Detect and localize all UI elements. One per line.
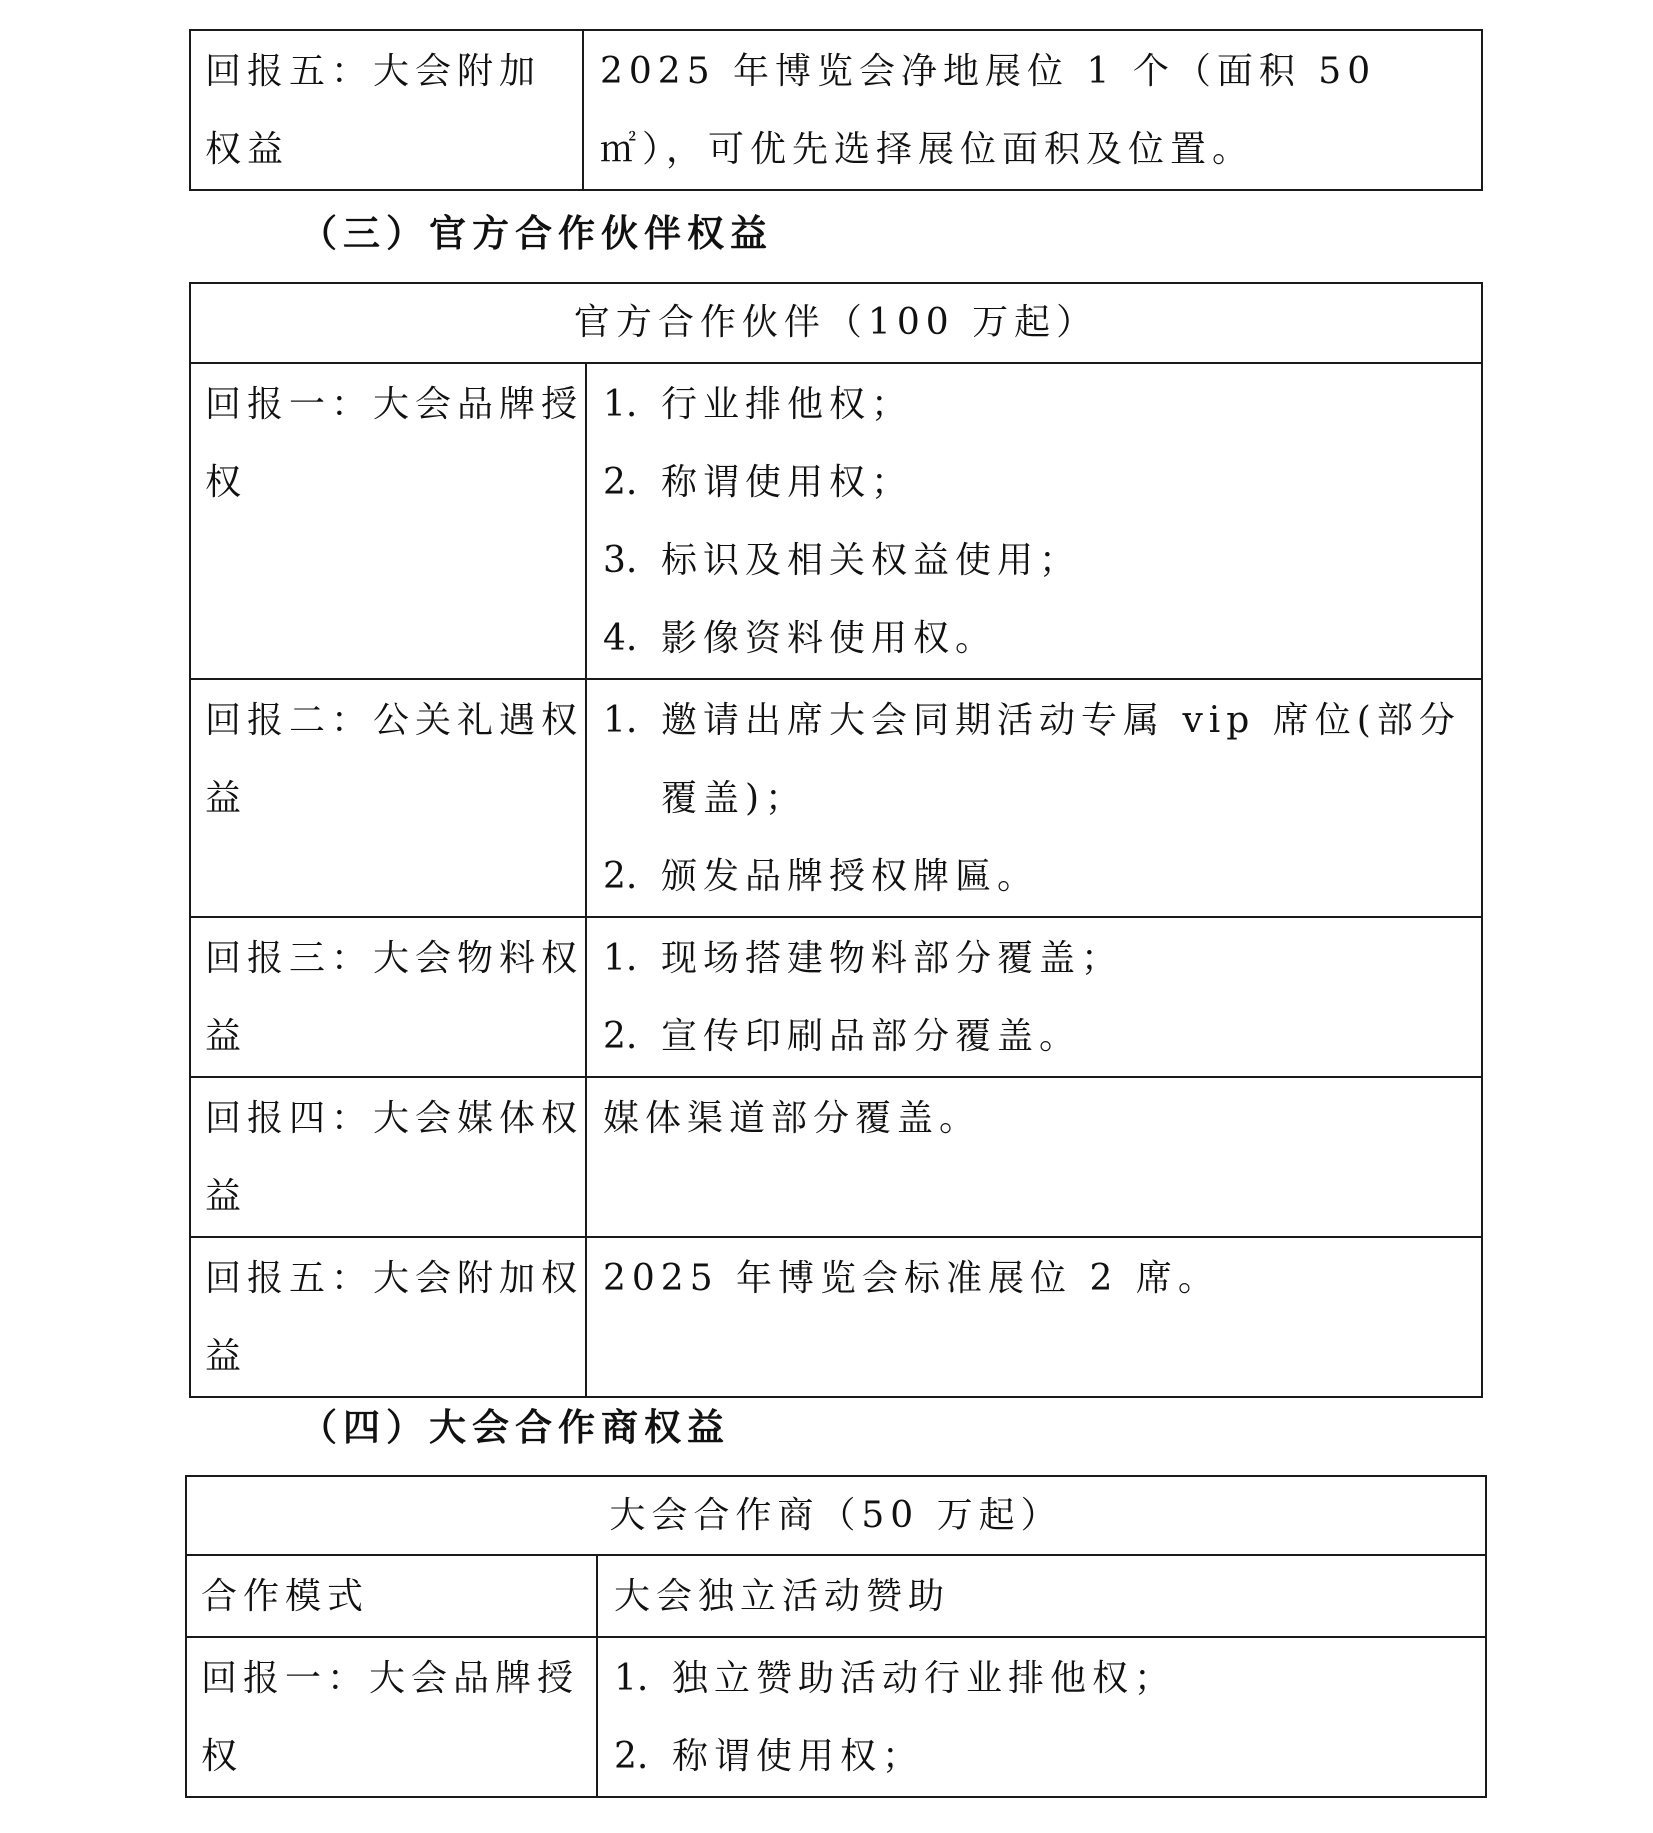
list-item: 2. 颁发品牌授权牌匾。 [603,838,1461,916]
table-row: 合作模式 大会独立活动赞助 [186,1555,1486,1637]
benefits-table-continued: 回报五：大会附加权益 2025 年博览会净地展位 1 个（面积 50 ㎡），可优… [189,29,1483,191]
list-item: 3. 标识及相关权益使用； [603,522,1461,600]
item-text: 宣传印刷品部分覆盖。 [661,998,1461,1076]
table-row: 回报三：大会物料权益 1. 现场搭建物料部分覆盖； 2. 宣传印刷品部分覆盖。 [190,917,1482,1077]
row-label: 回报二：公关礼遇权益 [190,679,586,917]
item-text: 现场搭建物料部分覆盖； [661,920,1461,998]
row-content: 1. 邀请出席大会同期活动专属 vip 席位(部分覆盖)； 2. 颁发品牌授权牌… [586,679,1482,917]
item-text: 独立赞助活动行业排他权； [672,1640,1465,1718]
row-content: 1. 独立赞助活动行业排他权； 2. 称谓使用权； [597,1637,1486,1797]
row-label: 回报四：大会媒体权益 [190,1077,586,1237]
item-number: 1. [614,1640,672,1718]
row-content: 1. 现场搭建物料部分覆盖； 2. 宣传印刷品部分覆盖。 [586,917,1482,1077]
table-row: 回报四：大会媒体权益 媒体渠道部分覆盖。 [190,1077,1482,1237]
row-label: 合作模式 [186,1555,597,1637]
list-item: 2. 称谓使用权； [614,1718,1465,1796]
row-content: 2025 年博览会标准展位 2 席。 [586,1237,1482,1397]
row-label: 回报五：大会附加权益 [190,1237,586,1397]
item-text: 称谓使用权； [672,1718,1465,1796]
list-item: 4. 影像资料使用权。 [603,600,1461,678]
item-number: 3. [603,522,661,600]
item-text: 影像资料使用权。 [661,600,1461,678]
item-text: 标识及相关权益使用； [661,522,1461,600]
row-label: 回报一：大会品牌授权 [186,1637,597,1797]
item-number: 2. [603,444,661,522]
row-content: 2025 年博览会净地展位 1 个（面积 50 ㎡），可优先选择展位面积及位置。 [583,30,1482,190]
item-number: 2. [614,1718,672,1796]
conference-partner-table: 大会合作商（50 万起） 合作模式 大会独立活动赞助 回报一：大会品牌授权 1.… [185,1475,1487,1798]
item-number: 1. [603,682,661,838]
section-heading-official-partner: （三）官方合作伙伴权益 [300,210,773,258]
table-row: 回报二：公关礼遇权益 1. 邀请出席大会同期活动专属 vip 席位(部分覆盖)；… [190,679,1482,917]
list-item: 2. 宣传印刷品部分覆盖。 [603,998,1461,1076]
list-item: 2. 称谓使用权； [603,444,1461,522]
list-item: 1. 独立赞助活动行业排他权； [614,1640,1465,1718]
table-header-row: 官方合作伙伴（100 万起） [190,283,1482,363]
table-row: 回报一：大会品牌授权 1. 行业排他权； 2. 称谓使用权； 3. 标识及相关权… [190,363,1482,679]
row-content: 大会独立活动赞助 [597,1555,1486,1637]
item-text: 颁发品牌授权牌匾。 [661,838,1461,916]
item-number: 2. [603,838,661,916]
item-number: 4. [603,600,661,678]
section-heading-conference-partner: （四）大会合作商权益 [300,1404,730,1452]
row-label: 回报一：大会品牌授权 [190,363,586,679]
list-item: 1. 邀请出席大会同期活动专属 vip 席位(部分覆盖)； [603,682,1461,838]
table-row: 回报一：大会品牌授权 1. 独立赞助活动行业排他权； 2. 称谓使用权； [186,1637,1486,1797]
table-header: 大会合作商（50 万起） [186,1476,1486,1555]
item-number: 2. [603,998,661,1076]
row-label: 回报五：大会附加权益 [190,30,583,190]
row-label: 回报三：大会物料权益 [190,917,586,1077]
list-item: 1. 现场搭建物料部分覆盖； [603,920,1461,998]
table-row: 回报五：大会附加权益 2025 年博览会标准展位 2 席。 [190,1237,1482,1397]
item-number: 1. [603,920,661,998]
table-header: 官方合作伙伴（100 万起） [190,283,1482,363]
table-row: 回报五：大会附加权益 2025 年博览会净地展位 1 个（面积 50 ㎡），可优… [190,30,1482,190]
item-text: 称谓使用权； [661,444,1461,522]
item-number: 1. [603,366,661,444]
table-header-row: 大会合作商（50 万起） [186,1476,1486,1555]
item-text: 邀请出席大会同期活动专属 vip 席位(部分覆盖)； [661,682,1461,838]
row-content: 媒体渠道部分覆盖。 [586,1077,1482,1237]
list-item: 1. 行业排他权； [603,366,1461,444]
row-content: 1. 行业排他权； 2. 称谓使用权； 3. 标识及相关权益使用； 4. 影像资… [586,363,1482,679]
official-partner-table: 官方合作伙伴（100 万起） 回报一：大会品牌授权 1. 行业排他权； 2. 称… [189,282,1483,1398]
item-text: 行业排他权； [661,366,1461,444]
